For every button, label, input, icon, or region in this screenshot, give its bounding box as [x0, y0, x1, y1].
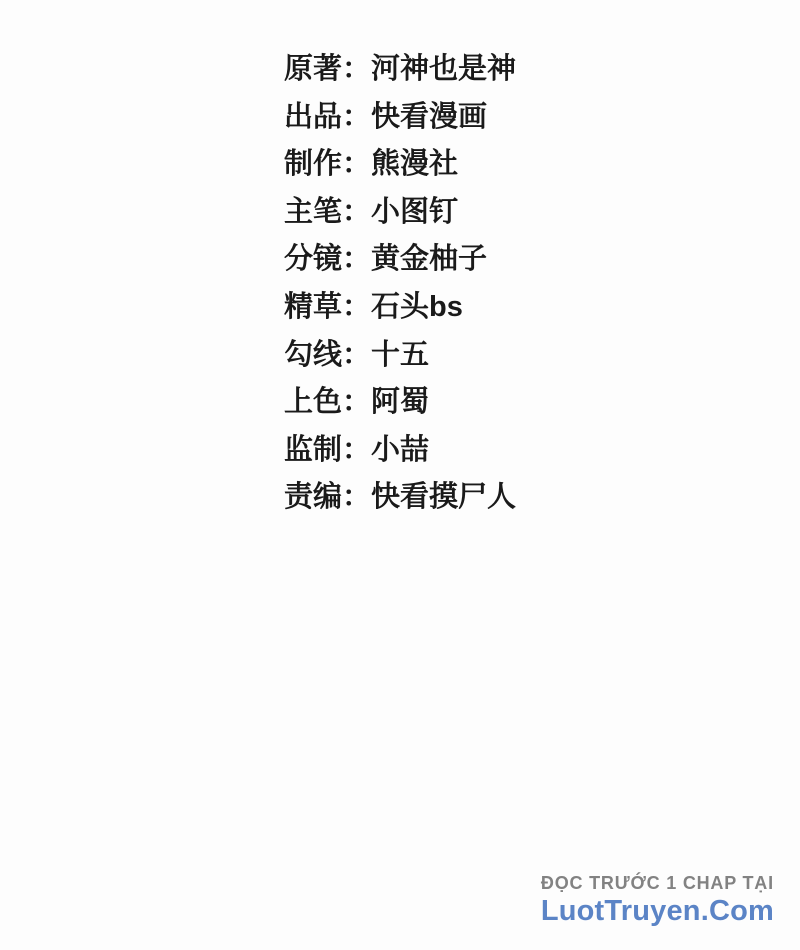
credit-line-storyboard: 分镜：黄金柚子 — [284, 236, 516, 284]
credit-value: 河神也是神 — [371, 53, 516, 85]
credit-colon: ： — [342, 148, 371, 180]
credit-label: 主笔 — [284, 196, 342, 228]
credit-line-lead-artist: 主笔：小图钉 — [284, 189, 516, 237]
credit-colon: ： — [342, 53, 371, 85]
credit-value: 阿蜀 — [371, 386, 429, 418]
credit-value: 熊漫社 — [371, 148, 458, 180]
credit-colon: ： — [342, 339, 371, 371]
credit-value: 快看漫画 — [371, 101, 487, 133]
credit-label: 监制 — [284, 434, 342, 466]
credit-label: 勾线 — [284, 339, 342, 371]
credit-label: 制作 — [284, 148, 342, 180]
credit-line-producer: 出品：快看漫画 — [284, 94, 516, 142]
credits-block: 原著：河神也是神 出品：快看漫画 制作：熊漫社 主笔：小图钉 分镜：黄金柚子 精… — [284, 46, 516, 522]
credit-value: 十五 — [371, 339, 429, 371]
watermark-site-url: LuotTruyen.Com — [541, 894, 774, 928]
credit-colon: ： — [342, 243, 371, 275]
credit-value: 黄金柚子 — [371, 243, 487, 275]
comic-credits-page: 原著：河神也是神 出品：快看漫画 制作：熊漫社 主笔：小图钉 分镜：黄金柚子 精… — [0, 0, 800, 950]
credit-label: 出品 — [284, 101, 342, 133]
credit-value: 石头bs — [371, 291, 463, 323]
credit-line-coloring: 上色：阿蜀 — [284, 379, 516, 427]
credit-value: 小图钉 — [371, 196, 458, 228]
credit-line-studio: 制作：熊漫社 — [284, 141, 516, 189]
credit-colon: ： — [342, 386, 371, 418]
credit-colon: ： — [342, 196, 371, 228]
credit-line-supervisor: 监制：小喆 — [284, 427, 516, 475]
credit-label: 原著 — [284, 53, 342, 85]
credit-label: 上色 — [284, 386, 342, 418]
credit-colon: ： — [342, 101, 371, 133]
credit-colon: ： — [342, 434, 371, 466]
credit-value: 快看摸尸人 — [371, 481, 516, 513]
credit-label: 责编 — [284, 481, 342, 513]
credit-label: 精草 — [284, 291, 342, 323]
credit-line-lineart: 勾线：十五 — [284, 332, 516, 380]
credit-colon: ： — [342, 481, 371, 513]
credit-colon: ： — [342, 291, 371, 323]
watermark-tagline: ĐỌC TRƯỚC 1 CHAP TẠI — [541, 872, 774, 894]
credit-line-original-work: 原著：河神也是神 — [284, 46, 516, 94]
credit-line-editor: 责编：快看摸尸人 — [284, 474, 516, 522]
credit-line-draft: 精草：石头bs — [284, 284, 516, 332]
credit-value: 小喆 — [371, 434, 429, 466]
credit-label: 分镜 — [284, 243, 342, 275]
watermark: ĐỌC TRƯỚC 1 CHAP TẠI LuotTruyen.Com — [541, 872, 774, 928]
